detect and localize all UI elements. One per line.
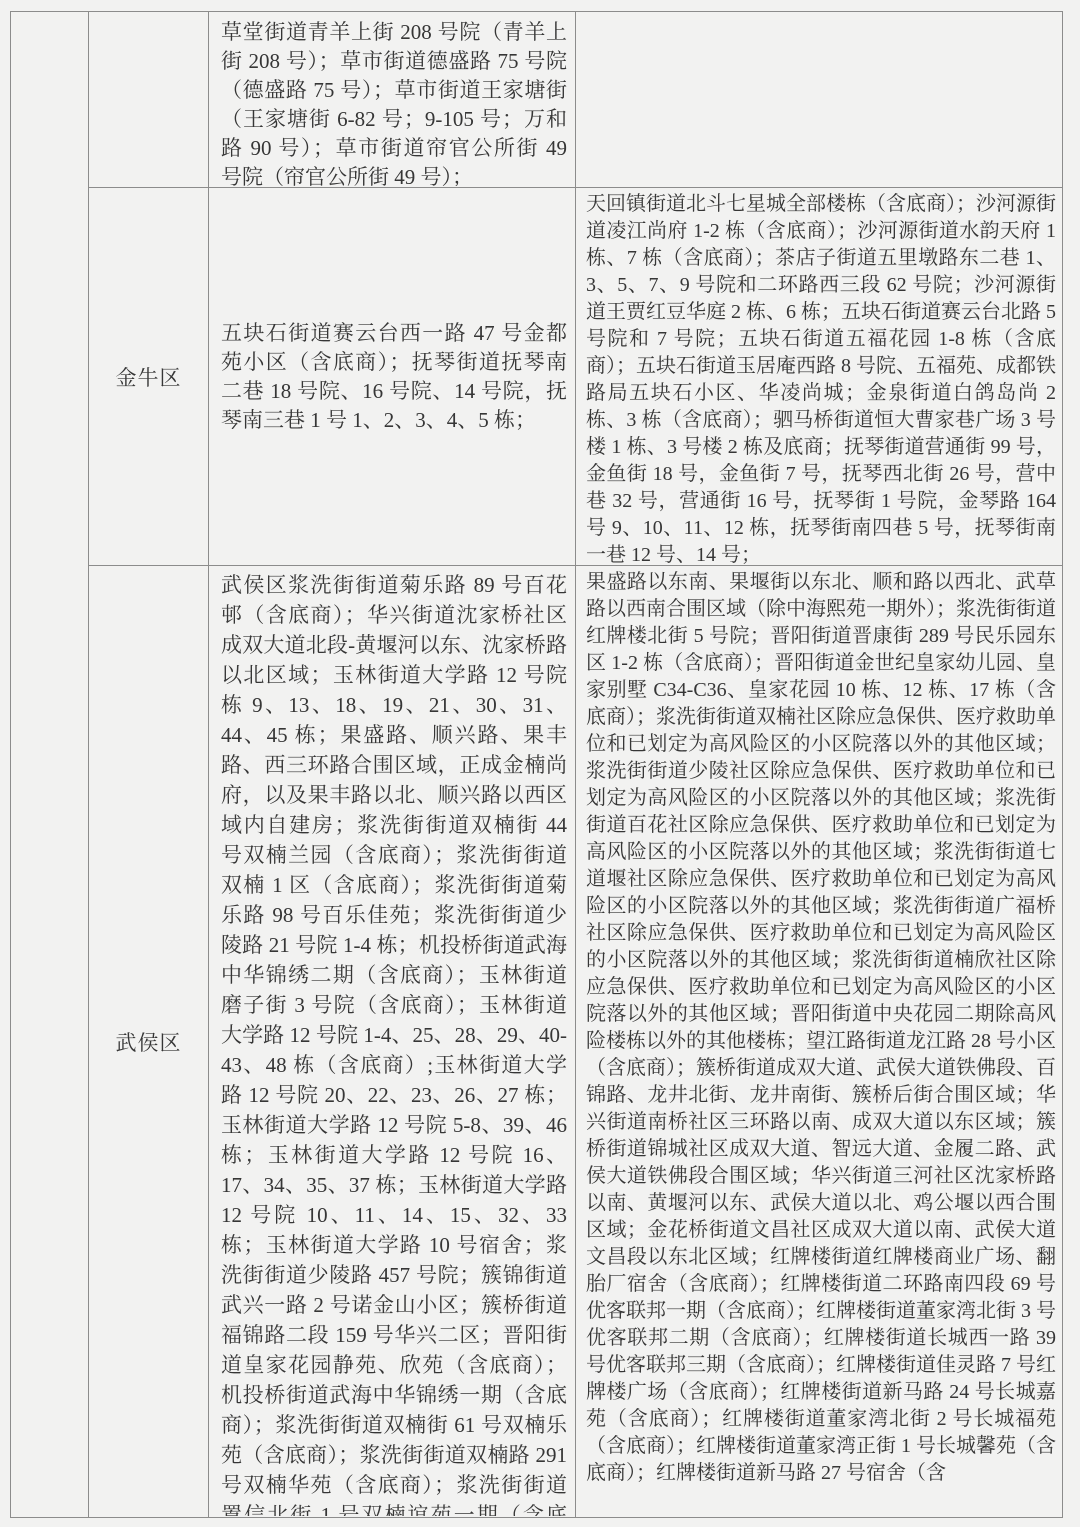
district-cell-wuhou: 武侯区 [89, 566, 209, 1518]
address-list-a-top-cell: 草堂街道青羊上街 208 号院（青羊上街 208 号）；草市街道德盛路 75 号… [209, 12, 576, 188]
address-list-b-top [576, 12, 1062, 17]
district-cell-jinniu: 金牛区 [89, 188, 209, 566]
address-list-b-top-cell [576, 12, 1063, 188]
address-list-a-top: 草堂街道青羊上街 208 号院（青羊上街 208 号）；草市街道德盛路 75 号… [209, 12, 575, 186]
address-list-b-wuhou: 果盛路以东南、果堰街以东北、顺和路以西北、武草路以西南合围区域（除中海熙苑一期外… [576, 566, 1062, 1516]
merged-left-cell [11, 12, 89, 1518]
risk-area-table: 草堂街道青羊上街 208 号院（青羊上街 208 号）；草市街道德盛路 75 号… [10, 11, 1063, 1518]
table-row-top: 草堂街道青羊上街 208 号院（青羊上街 208 号）；草市街道德盛路 75 号… [11, 12, 1063, 188]
address-list-a-wuhou-cell: 武侯区浆洗街街道菊乐路 89 号百花邨（含底商）；华兴街道沈家桥社区成双大道北段… [209, 566, 576, 1518]
address-list-a-jinniu-cell: 五块石街道赛云台西一路 47 号金都苑小区（含底商）；抚琴街道抚琴南二巷 18 … [209, 188, 576, 566]
table-row-wuhou: 武侯区 武侯区浆洗街街道菊乐路 89 号百花邨（含底商）；华兴街道沈家桥社区成双… [11, 566, 1063, 1518]
address-list-b-wuhou-cell: 果盛路以东南、果堰街以东北、顺和路以西北、武草路以西南合围区域（除中海熙苑一期外… [576, 566, 1063, 1518]
address-list-a-jinniu: 五块石街道赛云台西一路 47 号金都苑小区（含底商）；抚琴街道抚琴南二巷 18 … [209, 317, 575, 437]
address-list-b-jinniu-cell: 天回镇街道北斗七星城全部楼栋（含底商）；沙河源街道凌江尚府 1-2 栋（含底商）… [576, 188, 1063, 566]
address-list-a-wuhou: 武侯区浆洗街街道菊乐路 89 号百花邨（含底商）；华兴街道沈家桥社区成双大道北段… [209, 566, 575, 1516]
address-list-b-jinniu: 天回镇街道北斗七星城全部楼栋（含底商）；沙河源街道凌江尚府 1-2 栋（含底商）… [576, 188, 1062, 564]
table-row-jinniu: 金牛区 五块石街道赛云台西一路 47 号金都苑小区（含底商）；抚琴街道抚琴南二巷… [11, 188, 1063, 566]
district-cell-top [89, 12, 209, 188]
